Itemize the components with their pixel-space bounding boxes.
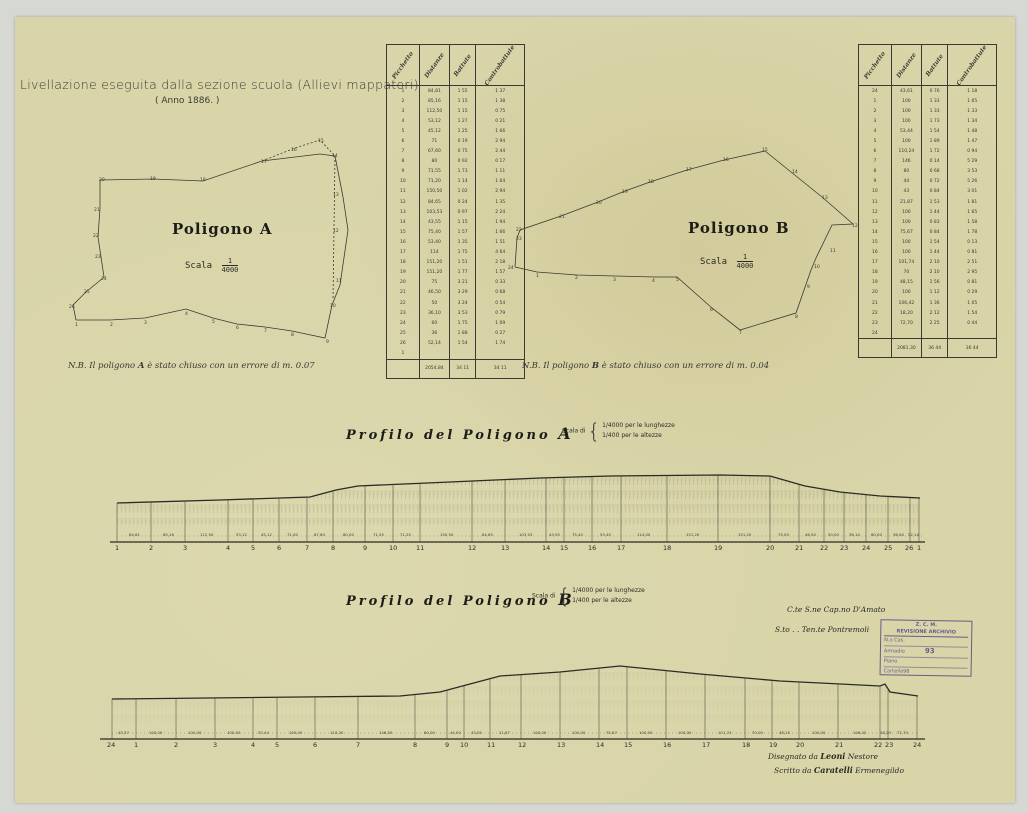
table-cell: 1 57 (476, 268, 525, 278)
station-label: 6 (277, 544, 281, 552)
table-row: 25361 880 27 (387, 328, 525, 338)
svg-text:9: 9 (326, 339, 329, 345)
table-row: 453,121 270 21 (387, 116, 525, 126)
station-label: 26 (905, 544, 913, 552)
table-row: 18702 102 95 (859, 268, 997, 278)
svg-text:17: 17 (261, 159, 267, 165)
table-cell: 1 37 (476, 86, 525, 97)
table-row: 8800 683 53 (859, 167, 997, 177)
table-row: 9440 725 26 (859, 177, 997, 187)
table-cell: 14 (859, 227, 892, 237)
polygon-b-scale: Scala 14000 (700, 253, 753, 270)
table-cell: 2 (859, 106, 892, 116)
table-cell: 4 (387, 116, 420, 126)
station-label: 10 (389, 544, 397, 552)
table-cell: 0 76 (921, 86, 947, 97)
svg-text:6: 6 (236, 325, 239, 331)
title-word: del (424, 594, 455, 609)
station-label: 21 (835, 741, 843, 749)
table-cell: 2 44 (476, 147, 525, 157)
table-cell: 5 26 (948, 177, 997, 187)
table-cell: 2 94 (476, 187, 525, 197)
table-cell: 1 34 (948, 116, 997, 126)
distance-label: 103,53 (519, 532, 532, 537)
table-row: 171141 754 64 (387, 248, 525, 258)
distance-label: 75,00 (778, 532, 789, 537)
table-cell: 18 (859, 268, 892, 278)
profile-a-terrain (117, 475, 920, 525)
table-row: 3112,501 150 75 (387, 106, 525, 116)
table-cell: 36 (419, 328, 449, 338)
scale-height-text: per le altezze (621, 432, 662, 439)
note-prefix: N.B. Il poligono (522, 361, 589, 371)
table-cell: 1 09 (476, 318, 525, 328)
table-cell: 46,50 (419, 288, 449, 298)
distance-label: 43,00 (471, 730, 482, 735)
table-cell: 0 81 (948, 278, 997, 288)
note-letter: A (138, 361, 145, 371)
table-cell: 1 78 (948, 227, 997, 237)
table-cell: 1 18 (948, 86, 997, 97)
station-label: 6 (313, 741, 317, 749)
table-row: 545,121 251 66 (387, 126, 525, 136)
station-label: 15 (624, 741, 632, 749)
table-row: 1071,201 141 64 (387, 177, 525, 187)
svg-text:1: 1 (75, 322, 78, 328)
station-label: 22 (820, 544, 828, 552)
profile-b-scale: Scala di { 1/4000 per le lunghezze 1/400… (532, 584, 645, 608)
table-cell: 20 (387, 278, 420, 288)
table-cell: 80 (419, 157, 449, 167)
table-cell: 0 54 (476, 298, 525, 308)
archive-stamp: Z. C. M. REVISIONE ARCHIVIO N.o Cas. Arm… (880, 619, 973, 677)
table-cell: 110,24 (891, 147, 921, 157)
distance-label: 75,67 (606, 730, 617, 735)
title-word: Poligono (463, 428, 551, 443)
table-cell: 1 54 (948, 308, 997, 318)
table-cell: 25 (387, 328, 420, 338)
distance-label: 43,37 (118, 730, 129, 735)
total-cell: 2054,84 (419, 359, 449, 378)
table-cell: 0 27 (476, 328, 525, 338)
credit-firstname: Nestore (848, 752, 878, 761)
table-cell (419, 348, 449, 359)
svg-text:18: 18 (648, 179, 654, 185)
svg-text:10: 10 (814, 264, 820, 270)
station-label: 17 (617, 544, 625, 552)
table-cell: 8 (387, 157, 420, 167)
svg-text:9: 9 (807, 284, 810, 290)
table-cell: 1 25 (449, 126, 475, 136)
totals-row: 2054,8434 1134 11 (387, 359, 525, 378)
scale-denominator: 4000 (222, 265, 239, 274)
table-row: 201001 120 29 (859, 288, 997, 298)
station-label: 23 (840, 544, 848, 552)
table-cell: 2 10 (921, 268, 947, 278)
distance-label: 48,15 (779, 730, 790, 735)
table-cell: 2 51 (948, 258, 997, 268)
table-cell: 1 35 (476, 197, 525, 207)
table-cell: 0 29 (948, 288, 997, 298)
svg-text:21: 21 (94, 207, 100, 213)
table-cell: 3 (859, 116, 892, 126)
distance-label: 100,00 (678, 730, 691, 735)
table-cell: 7 (859, 157, 892, 167)
distance-label: 146,00 (379, 730, 392, 735)
distance-label: 106,42 (853, 730, 866, 735)
svg-text:3: 3 (144, 320, 147, 326)
table-cell: 60 (419, 318, 449, 328)
table-cell: 1 (387, 348, 420, 359)
table-cell: 2 12 (921, 308, 947, 318)
scale-denominator: 4000 (737, 261, 754, 270)
polygon-a-label: Poligono A (172, 220, 273, 238)
station-label: 13 (501, 544, 509, 552)
station-label: 15 (560, 544, 568, 552)
table-cell: 150,50 (419, 187, 449, 197)
table-row: 24 (859, 328, 997, 339)
table-cell: 0 94 (948, 147, 997, 157)
distance-label: 46,50 (805, 532, 816, 537)
table-cell: 21,87 (891, 197, 921, 207)
table-cell: 0 75 (476, 106, 525, 116)
profile-a-title: Profilo del Poligono A (346, 424, 571, 443)
station-label: 24 (862, 544, 870, 552)
table-cell: 17 (859, 258, 892, 268)
table-cell: 1 53 (921, 197, 947, 207)
total-cell (387, 359, 420, 378)
table-cell: 10 (859, 187, 892, 197)
table-cell: 21 (859, 298, 892, 308)
svg-text:13: 13 (333, 192, 339, 198)
table-cell: 1 48 (948, 126, 997, 136)
svg-text:21: 21 (559, 214, 565, 220)
table-row: 161001 440 81 (859, 248, 997, 258)
scale-numerator: 1 (222, 257, 239, 265)
distance-label: 151,20 (686, 532, 699, 537)
station-label: 7 (305, 544, 309, 552)
table-cell: 1 11 (476, 167, 525, 177)
svg-text:12: 12 (333, 228, 339, 234)
table-row: 71460 145 29 (859, 157, 997, 167)
svg-text:4: 4 (185, 311, 188, 317)
station-label: 19 (769, 741, 777, 749)
stamp-row: Cartella98 (884, 667, 968, 677)
table-cell: 151,20 (419, 258, 449, 268)
table-cell: 0 83 (921, 217, 947, 227)
table-cell: 1 33 (948, 106, 997, 116)
table-cell: 1 38 (476, 96, 525, 106)
svg-text:7: 7 (739, 330, 742, 336)
table-cell: 19 (859, 278, 892, 288)
table-cell: 19 (387, 268, 420, 278)
table-cell: 0 24 (449, 197, 475, 207)
table-cell: 15 (859, 237, 892, 247)
table-row: 971,551 731 11 (387, 167, 525, 177)
credit-prefix: Disegnato da (768, 752, 818, 761)
table-cell: 1 65 (948, 96, 997, 106)
profile-b-station-labels: 24 1 2 3 4 5 6 7 8 9 10 11 12 13 14 15 1… (0, 741, 1028, 751)
table-row: 1121,871 531 81 (859, 197, 997, 207)
station-label: 16 (588, 544, 596, 552)
table-cell: 24 (859, 328, 892, 339)
table-cell: 67,60 (419, 147, 449, 157)
distance-label: 110,20 (330, 730, 343, 735)
table-cell: 0 84 (921, 227, 947, 237)
polygon-a-error-note: N.B. Il poligono A è stato chiuso con un… (68, 361, 315, 371)
table-cell: 22 (387, 298, 420, 308)
table-cell: 3 29 (449, 288, 475, 298)
table-row: 11001 331 65 (859, 96, 997, 106)
svg-text:15: 15 (318, 138, 324, 144)
table-row: 21106,421 361 05 (859, 298, 997, 308)
station-label: 2 (174, 741, 178, 749)
table-cell: 0 44 (948, 318, 997, 328)
table-cell: 1 54 (921, 237, 947, 247)
stamp-header: Z. C. M. REVISIONE ARCHIVIO (884, 621, 968, 637)
leveling-table-b: Picchetto Distanze Battute Controbattute… (858, 44, 997, 358)
table-cell: 23 (859, 318, 892, 328)
svg-text:17: 17 (686, 167, 692, 173)
svg-text:25: 25 (84, 289, 90, 295)
svg-text:1: 1 (536, 273, 539, 279)
title-word: Profilo (346, 594, 416, 609)
svg-text:4: 4 (652, 278, 655, 284)
station-label: 23 (885, 741, 893, 749)
stamp-line: REVISIONE ARCHIVIO (884, 628, 968, 636)
svg-text:24: 24 (101, 276, 107, 282)
table-cell: 1 05 (948, 298, 997, 308)
table-row: 453,441 541 48 (859, 126, 997, 136)
distance-label: 80,00 (343, 532, 354, 537)
station-label: 24 (913, 741, 921, 749)
distance-label: 100,00 (149, 730, 162, 735)
profile-b-terrain (112, 666, 918, 722)
scale-text: Scala (185, 261, 212, 271)
table-cell: 1 33 (921, 96, 947, 106)
table-cell: 5 (387, 126, 420, 136)
station-label: 8 (413, 741, 417, 749)
table-cell (476, 348, 525, 359)
station-label: 11 (487, 741, 495, 749)
table-cell: 6 (859, 147, 892, 157)
note-suffix: è stato chiuso con un errore di m. 0.07 (147, 361, 314, 371)
distance-label: 100,00 (227, 730, 240, 735)
table-cell: 9 (387, 167, 420, 177)
table-cell: 1 88 (449, 328, 475, 338)
table-cell: 100 (891, 248, 921, 258)
table-cell: 0 21 (476, 116, 525, 126)
table-cell: 2 (387, 96, 420, 106)
table-row: 1653,401 351 51 (387, 237, 525, 247)
table-cell: 43,61 (891, 86, 921, 97)
table-cell: 1 55 (449, 86, 475, 97)
table-row: 18151,201 512 18 (387, 258, 525, 268)
svg-text:7: 7 (264, 328, 267, 334)
total-cell (859, 339, 892, 358)
station-label: 9 (445, 741, 449, 749)
table-cell: 10 (387, 177, 420, 187)
distance-label: 21,87 (499, 730, 510, 735)
distance-label: 36,10 (849, 532, 860, 537)
table-cell: 6 (387, 136, 420, 146)
table-cell: 43,55 (419, 217, 449, 227)
credit-prefix: Scritto da (774, 766, 812, 775)
distance-label: 100,00 (812, 730, 825, 735)
svg-text:5: 5 (212, 319, 215, 325)
table-row: 121001 441 65 (859, 207, 997, 217)
written-by-credit: Scritto da Caratelli Ermenegildo (774, 765, 904, 775)
distance-label: 52,14 (908, 532, 919, 537)
table-cell (449, 348, 475, 359)
profile-b-distance-labels: 43,37 100,00 100,00 100,00 53,44 100,00 … (0, 730, 1028, 738)
table-cell: 0 14 (921, 157, 947, 167)
table-cell: 4 64 (476, 248, 525, 258)
table-row: 8800 920 17 (387, 157, 525, 167)
table-cell: 8 (859, 167, 892, 177)
table-cell: 1 77 (449, 268, 475, 278)
table-row: 6110,241 720 94 (859, 147, 997, 157)
scale-intro: Scala di (532, 593, 556, 600)
table-cell: 7 (387, 147, 420, 157)
table-row: 22503 240 54 (387, 298, 525, 308)
station-label: 12 (468, 544, 476, 552)
table-cell: 85,16 (419, 96, 449, 106)
distance-label: 100,00 (639, 730, 652, 735)
svg-text:3: 3 (613, 277, 616, 283)
svg-text:18: 18 (200, 177, 206, 183)
table-cell: 71,20 (419, 177, 449, 187)
polygon-a-vertex-labels: 1234 5678 9101112 13141516 17181920 2122… (69, 138, 342, 345)
station-label: 19 (714, 544, 722, 552)
distance-label: 71,20 (400, 532, 411, 537)
table-cell: 1 51 (449, 258, 475, 268)
leveling-table-a: Picchetto Distanze Battute Controbattute… (386, 44, 525, 379)
svg-text:23: 23 (95, 254, 101, 260)
distance-label: 112,50 (200, 532, 213, 537)
svg-text:15: 15 (762, 147, 768, 153)
svg-text:13: 13 (822, 195, 828, 201)
note-suffix: è stato chiuso con un errore di m. 0.04 (602, 361, 769, 371)
table-row: 2146,503 290 68 (387, 288, 525, 298)
lieutenant-credit: S.to . . Ten.te Pontremoli (775, 625, 869, 634)
table-row: 2336,103 530 79 (387, 308, 525, 318)
scale-length-text: per le lunghezze (625, 422, 675, 429)
scale-height-fraction: 1/400 (602, 432, 619, 439)
table-cell: 1 14 (449, 177, 475, 187)
table-cell: 18 (387, 258, 420, 268)
svg-text:22: 22 (93, 233, 99, 239)
table-cell: 44 (891, 177, 921, 187)
station-label: 1 (134, 741, 138, 749)
table-cell: 1 15 (449, 217, 475, 227)
distance-label: 114,00 (637, 532, 650, 537)
station-label: 24 (107, 741, 115, 749)
table-row: 10430 843 01 (859, 187, 997, 197)
credit-surname: Leoni (820, 751, 845, 761)
totals-row: 2081,3036 4436 44 (859, 339, 997, 358)
station-label: 20 (796, 741, 804, 749)
distance-label: 67,60 (314, 532, 325, 537)
table-cell: 70 (891, 268, 921, 278)
table-row: 1948,151 560 81 (859, 278, 997, 288)
table-cell: 3 01 (948, 187, 997, 197)
scale-intro: Scala di (562, 428, 586, 435)
station-label: 9 (363, 544, 367, 552)
table-cell: 52,14 (419, 338, 449, 348)
distance-label: 71,55 (373, 532, 384, 537)
table-cell: 106,42 (891, 298, 921, 308)
svg-text:20: 20 (596, 200, 602, 206)
table-cell: 0 92 (449, 157, 475, 167)
distance-label: 18,20 (880, 730, 891, 735)
table-row: 20753 210 33 (387, 278, 525, 288)
polygon-b-label: Poligono B (688, 219, 790, 237)
column-header: Picchetto (387, 45, 420, 86)
table-row: 767,600 752 44 (387, 147, 525, 157)
credit-firstname: Ermenegildo (855, 766, 904, 775)
table-row: 2372,702 250 44 (859, 318, 997, 328)
column-header: Controbattute (948, 45, 997, 86)
table-cell: 9 (859, 177, 892, 187)
svg-text:10: 10 (330, 303, 336, 309)
table-cell: 16 (859, 248, 892, 258)
table-cell: 24 (859, 86, 892, 97)
scale-numerator: 1 (737, 253, 754, 261)
table-cell: 1 44 (921, 248, 947, 258)
table-row: 1 (387, 348, 525, 359)
table-cell: 5 29 (948, 157, 997, 167)
table-cell: 100 (891, 116, 921, 126)
table-row: 2443,610 761 18 (859, 86, 997, 97)
table-cell: 12 (387, 197, 420, 207)
table-cell: 50 (419, 298, 449, 308)
table-cell: 3 53 (449, 308, 475, 318)
station-label: 8 (331, 544, 335, 552)
table-cell: 1 35 (449, 237, 475, 247)
table-cell: 101,74 (891, 258, 921, 268)
station-label: 18 (663, 544, 671, 552)
table-cell: 23 (387, 308, 420, 318)
station-label: 5 (275, 741, 279, 749)
distance-label: 151,20 (738, 532, 751, 537)
svg-text:16: 16 (291, 147, 297, 153)
table-cell: 100 (891, 136, 921, 146)
distance-label: 53,44 (258, 730, 269, 735)
table-cell: 18,20 (891, 308, 921, 318)
total-cell: 34 11 (449, 359, 475, 378)
table-cell: 22 (859, 308, 892, 318)
table-row: 31001 731 34 (859, 116, 997, 126)
table-cell: 11 (387, 187, 420, 197)
polygon-b-outline (515, 151, 853, 330)
table-row: 17101,742 102 51 (859, 258, 997, 268)
table-cell: 11 (859, 197, 892, 207)
table-cell: 43 (891, 187, 921, 197)
table-cell: 75,67 (891, 227, 921, 237)
table-cell: 71 (419, 136, 449, 146)
table-cell: 1 44 (921, 207, 947, 217)
scale-height-text: per le altezze (591, 597, 632, 604)
station-label: 16 (663, 741, 671, 749)
table-cell: 0 17 (476, 157, 525, 167)
svg-text:16: 16 (723, 157, 729, 163)
distance-label: 101,74 (718, 730, 731, 735)
table-cell: 0 33 (476, 278, 525, 288)
table-cell: 36,10 (419, 308, 449, 318)
table-cell: 151,20 (419, 268, 449, 278)
distance-label: 100,00 (188, 730, 201, 735)
